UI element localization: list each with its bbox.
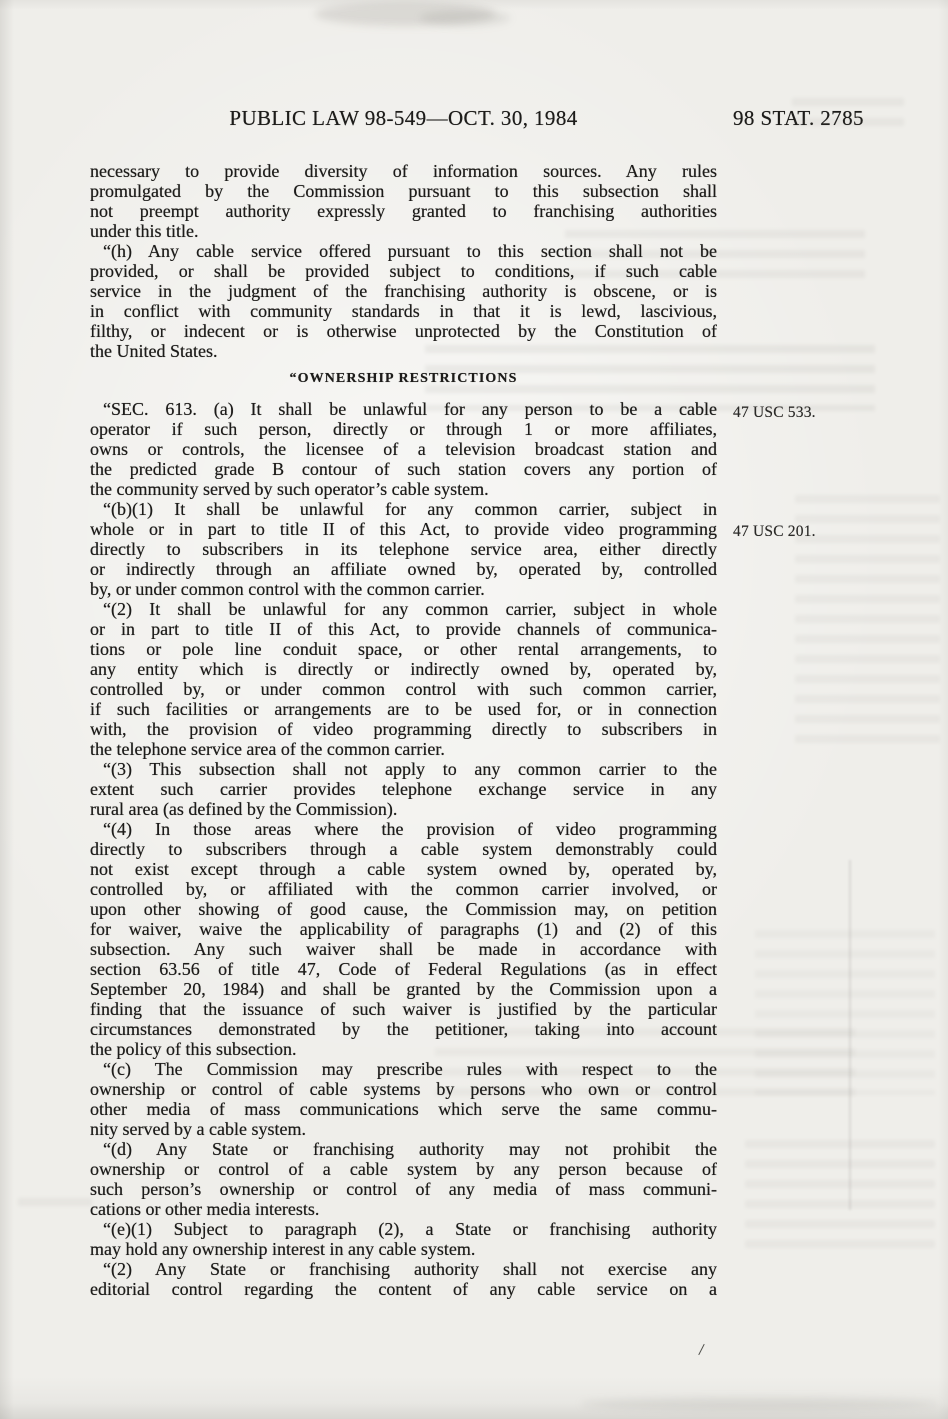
text-line: “SEC. 613. (a) It shall be unlawful for …: [90, 399, 717, 419]
text-line: ownership or control of a cable system b…: [90, 1159, 717, 1179]
bleed-through-artifact: [795, 495, 940, 750]
text-line: “(b)(1) It shall be unlawful for any com…: [90, 499, 717, 519]
paragraph: “(b)(1) It shall be unlawful for any com…: [90, 499, 717, 599]
paragraph: necessary to provide diversity of inform…: [90, 161, 717, 241]
text-line: for waiver, waive the applicability of p…: [90, 919, 717, 939]
text-line: “(4) In those areas where the provision …: [90, 819, 717, 839]
section-heading: “OWNERSHIP RESTRICTIONS: [90, 369, 717, 389]
text-line: if such facilities or arrangements are t…: [90, 699, 717, 719]
text-line: may hold any ownership interest in any c…: [90, 1239, 717, 1259]
text-line: filthy, or indecent or is otherwise unpr…: [90, 321, 717, 341]
text-line: circumstances demonstrated by the petiti…: [90, 1019, 717, 1039]
page-header: PUBLIC LAW 98-549—OCT. 30, 1984 98 STAT.…: [0, 106, 948, 132]
text-line: the United States.: [90, 341, 717, 361]
statute-text-column: necessary to provide diversity of inform…: [90, 161, 717, 1299]
paragraph: “(2) It shall be unlawful for any common…: [90, 599, 717, 759]
paragraph: “SEC. 613. (a) It shall be unlawful for …: [90, 399, 717, 499]
text-line: editorial control regarding the content …: [90, 1279, 717, 1299]
text-line: rural area (as defined by the Commission…: [90, 799, 717, 819]
text-line: the telephone service area of the common…: [90, 739, 717, 759]
text-line: controlled by, or affiliated with the co…: [90, 879, 717, 899]
text-line: the policy of this subsection.: [90, 1039, 717, 1059]
text-line: under this title.: [90, 221, 717, 241]
paragraph: “(4) In those areas where the provision …: [90, 819, 717, 1059]
text-line: not preempt authority expressly granted …: [90, 201, 717, 221]
text-line: directly to subscribers through a cable …: [90, 839, 717, 859]
text-line: “(c) The Commission may prescribe rules …: [90, 1059, 717, 1079]
scan-streak-artifact: [849, 860, 851, 1210]
text-line: not exist except through a cable system …: [90, 859, 717, 879]
bleed-through-artifact: [755, 930, 935, 1095]
text-line: “(d) Any State or franchising authority …: [90, 1139, 717, 1159]
scan-smudge-artifact: [580, 1398, 940, 1410]
scanned-statute-page: PUBLIC LAW 98-549—OCT. 30, 1984 98 STAT.…: [0, 0, 948, 1419]
scan-smudge-artifact: [420, 10, 510, 26]
paragraph: “(2) Any State or franchising authority …: [90, 1259, 717, 1299]
text-line: operator if such person, directly or thr…: [90, 419, 717, 439]
text-line: by, or under common control with the com…: [90, 579, 717, 599]
paragraph: “(3) This subsection shall not apply to …: [90, 759, 717, 819]
paragraph: “(h) Any cable service offered pursuant …: [90, 241, 717, 361]
text-line: necessary to provide diversity of inform…: [90, 161, 717, 181]
text-line: provided, or shall be provided subject t…: [90, 261, 717, 281]
text-line: or indirectly through an affiliate owned…: [90, 559, 717, 579]
text-line: any entity which is directly or indirect…: [90, 659, 717, 679]
text-line: upon other showing of good cause, the Co…: [90, 899, 717, 919]
scan-smudge-artifact: [315, 2, 495, 26]
paragraph: “(d) Any State or franchising authority …: [90, 1139, 717, 1219]
text-line: “(2) It shall be unlawful for any common…: [90, 599, 717, 619]
text-line: such person’s ownership or control of an…: [90, 1179, 717, 1199]
text-line: the community served by such operator’s …: [90, 479, 717, 499]
us-code-margin-note: 47 USC 533.: [733, 404, 816, 422]
text-line: the predicted grade B contour of such st…: [90, 459, 717, 479]
text-line: section 63.56 of title 47, Code of Feder…: [90, 959, 717, 979]
text-line: promulgated by the Commission pursuant t…: [90, 181, 717, 201]
text-line: September 20, 1984) and shall be granted…: [90, 979, 717, 999]
text-line: “(2) Any State or franchising authority …: [90, 1259, 717, 1279]
bleed-through-artifact: [18, 1198, 92, 1210]
text-line: finding that the issuance of such waiver…: [90, 999, 717, 1019]
text-line: other media of mass communications which…: [90, 1099, 717, 1119]
text-line: ownership or control of cable systems by…: [90, 1079, 717, 1099]
paragraph: “(c) The Commission may prescribe rules …: [90, 1059, 717, 1139]
text-line: cations or other media interests.: [90, 1199, 717, 1219]
text-line: “(h) Any cable service offered pursuant …: [90, 241, 717, 261]
running-head-title: PUBLIC LAW 98-549—OCT. 30, 1984: [90, 106, 717, 131]
text-line: extent such carrier provides telephone e…: [90, 779, 717, 799]
us-code-margin-note: 47 USC 201.: [733, 523, 816, 541]
text-line: with, the provision of video programming…: [90, 719, 717, 739]
paragraph: “(e)(1) Subject to paragraph (2), a Stat…: [90, 1219, 717, 1259]
text-line: tions or pole line conduit space, or oth…: [90, 639, 717, 659]
text-line: nity served by a cable system.: [90, 1119, 717, 1139]
text-line: whole or in part to title II of this Act…: [90, 519, 717, 539]
text-line: service in the judgment of the franchisi…: [90, 281, 717, 301]
text-line: subsection. Any such waiver shall be mad…: [90, 939, 717, 959]
text-line: controlled by, or under common control w…: [90, 679, 717, 699]
text-line: in conflict with community standards in …: [90, 301, 717, 321]
stat-page-number: 98 STAT. 2785: [733, 106, 933, 131]
text-line: “(3) This subsection shall not apply to …: [90, 759, 717, 779]
text-line: directly to subscribers in its telephone…: [90, 539, 717, 559]
text-line: or in part to title II of this Act, to p…: [90, 619, 717, 639]
bleed-through-artifact: [745, 1140, 935, 1255]
handwritten-slash-mark: /: [698, 1340, 705, 1360]
text-line: “(e)(1) Subject to paragraph (2), a Stat…: [90, 1219, 717, 1239]
text-line: owns or controls, the licensee of a tele…: [90, 439, 717, 459]
